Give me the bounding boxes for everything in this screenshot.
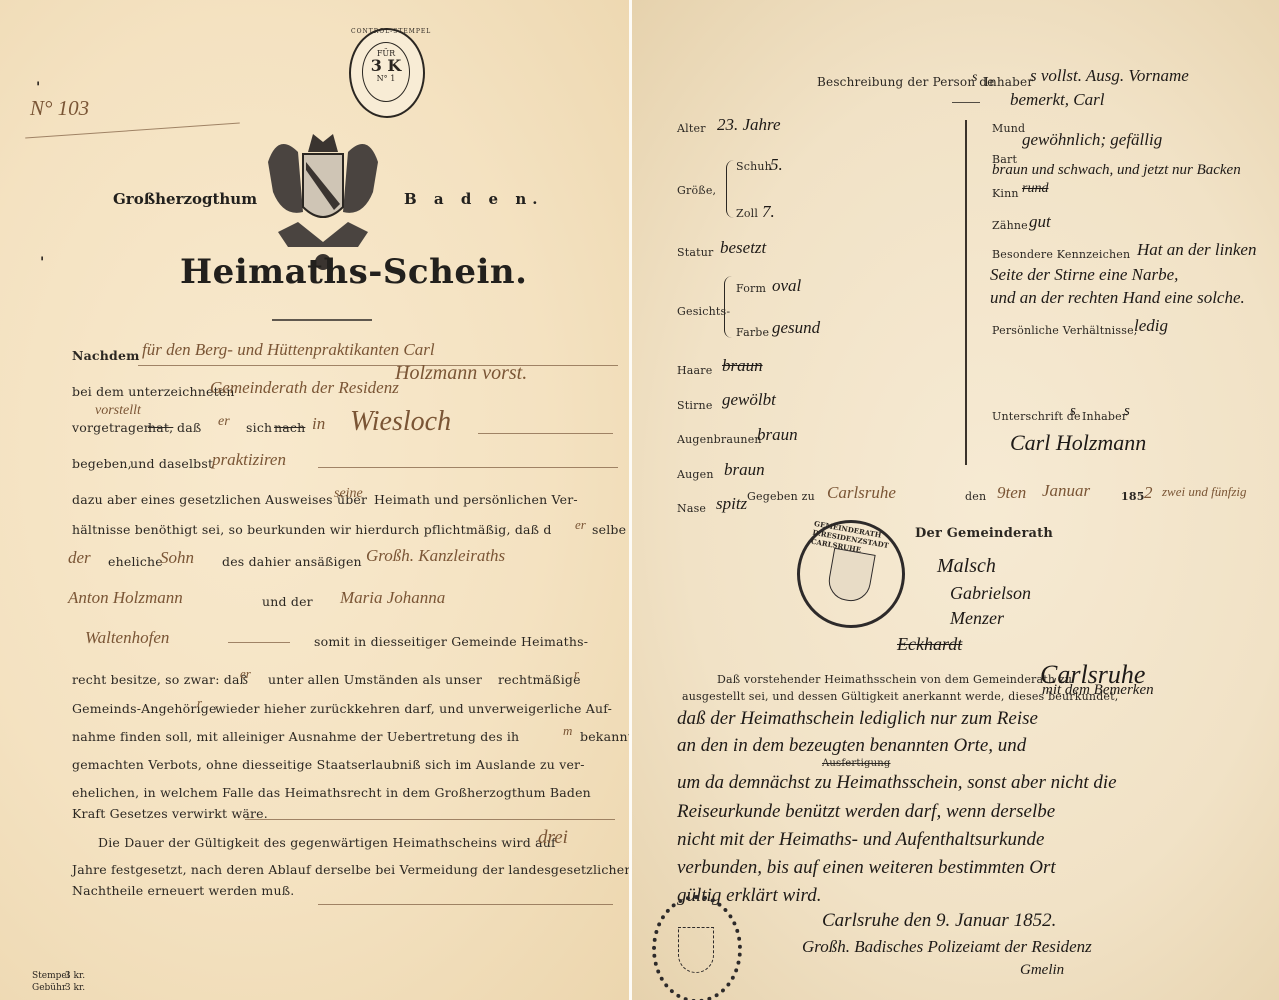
brace-groesse <box>726 160 735 218</box>
fee-value: 3 kr. <box>65 971 85 981</box>
hand-er3: er <box>240 666 251 682</box>
field-label-zoll: Zoll <box>736 207 758 220</box>
ink-mark: ' <box>40 255 44 271</box>
field-label-augen: Augen <box>677 468 714 481</box>
text-line6a: hältnisse benöthigt sei, so beurkunden w… <box>72 522 552 537</box>
hand-maria-johanna: Maria Johanna <box>340 588 445 608</box>
reference-underline <box>25 123 240 139</box>
document-title: Heimaths-Schein. <box>180 252 527 292</box>
field-value-stirne: gewölbt <box>722 390 776 410</box>
text-line13: gemachten Verbots, ohne diesseitige Staa… <box>72 757 585 772</box>
hand-r2: r <box>197 695 202 711</box>
signature-label-hand: s <box>1070 403 1076 420</box>
header-baden: B a d e n. <box>404 190 543 208</box>
cert-hand-line-3: um da demnächst zu Heimathsschein, sonst… <box>677 772 1117 794</box>
hand-m: m <box>563 723 572 739</box>
text-line9: somit in diesseitiger Gemeinde Heimaths- <box>314 634 588 649</box>
reference-number: N° 103 <box>30 96 89 121</box>
field-value-kinn: rund <box>1022 181 1048 197</box>
field-value-kennzeichen-1: Hat an der linken <box>1137 240 1256 260</box>
fill-line <box>478 433 613 434</box>
struck-nach: nach <box>274 420 305 435</box>
police-seal-icon <box>652 895 742 1000</box>
fill-line <box>138 365 618 366</box>
signature-label: Unterschrift de <box>992 410 1081 423</box>
holder-signature: Carl Holzmann <box>1010 430 1146 456</box>
heading-hand-s: s <box>972 70 977 86</box>
fee-value: 3 kr. <box>65 983 85 993</box>
field-label-alter: Alter <box>677 122 706 135</box>
hand-in: in <box>312 414 325 434</box>
text-validity-c: Nachtheile erneuert werden muß. <box>72 883 294 898</box>
fee-row-gebuehr: Gebühr 3 kr. <box>32 982 85 994</box>
council-seal-icon: GEMEINDERATH D.RESIDENZSTADT CARLSRUHE <box>788 511 913 636</box>
field-value-augen: braun <box>724 460 765 480</box>
text-line14: ehelichen, in welchem Falle das Heimaths… <box>72 785 591 800</box>
cert-print-a: Daß vorstehender Heimathsschein von dem … <box>717 673 1072 686</box>
issued-day: 9ten <box>997 483 1026 503</box>
text-bekannt: bekannt <box>580 729 629 744</box>
field-value-form: oval <box>772 276 801 296</box>
heading-hand-b: s vollst. Ausg. Vorname <box>1030 66 1189 86</box>
text-nachdem: Nachdem <box>72 348 140 363</box>
field-label-kinn: Kinn <box>992 187 1019 200</box>
issued-place: Carlsruhe <box>827 483 896 503</box>
field-value-statur: besetzt <box>720 238 766 258</box>
hand-sohn: Sohn <box>160 548 194 568</box>
cert-date-line: Carlsruhe den 9. Januar 1852. <box>822 910 1056 932</box>
field-value-alter: 23. Jahre <box>717 115 781 135</box>
field-value-kennzeichen-2: Seite der Stirne eine Narbe, <box>990 265 1178 285</box>
stamp-number: N° 1 <box>363 74 409 83</box>
cert-office-line: Großh. Badisches Polizeiamt der Residenz <box>802 937 1092 957</box>
hand-anton-holzmann: Anton Holzmann <box>68 588 183 608</box>
text-rechtmaessige: rechtmäßige <box>498 672 581 687</box>
brace-gesicht <box>724 276 733 338</box>
hand-line2-above: Holzmann vorst. <box>395 362 527 385</box>
field-value-farbe: gesund <box>772 318 820 338</box>
group-label-gesicht: Gesichts- <box>677 305 730 318</box>
text-und-daselbst: und daselbst <box>130 456 213 471</box>
stamp-amount: 3 K <box>363 58 409 74</box>
cert-hand-line-1: daß der Heimathschein lediglich nur zum … <box>677 708 1038 730</box>
left-page: N° 103 ' ' CONTROL-STEMPEL FÜR 3 K N° 1 … <box>0 0 629 1000</box>
issued-month: Januar <box>1042 481 1090 501</box>
field-label-statur: Statur <box>677 246 713 259</box>
heading-rule <box>952 102 980 103</box>
fill-line <box>245 819 615 820</box>
text-line10b: unter allen Umständen als unser <box>268 672 482 687</box>
text-line7b: des dahier ansäßigen <box>222 554 362 569</box>
text-selbe: selbe <box>592 522 626 537</box>
text-line5a: dazu aber eines gesetzlichen Ausweises ü… <box>72 492 367 507</box>
hand-der: der <box>68 548 91 568</box>
text-validity-b: Jahre festgesetzt, nach deren Ablauf der… <box>72 862 629 877</box>
ink-mark: ' <box>36 80 40 96</box>
cert-hand-line-5: nicht mit der Heimaths- und Aufenthaltsu… <box>677 829 1044 851</box>
field-label-kennzeichen: Besondere Kennzeichen <box>992 248 1130 261</box>
title-ornament <box>272 319 372 321</box>
hand-line2: Gemeinderath der Residenz <box>210 378 399 398</box>
cert-hand-line-6: verbunden, bis auf einen weiteren bestim… <box>677 857 1056 879</box>
field-label-stirne: Stirne <box>677 399 713 412</box>
hand-kanzleiraths: Großh. Kanzleiraths <box>366 546 505 566</box>
field-value-schuh: 5. <box>770 155 783 175</box>
field-label-zaehne: Zähne <box>992 219 1028 232</box>
field-value-bart: braun und schwach, und jetzt nur Backen <box>992 162 1241 179</box>
field-label-farbe: Farbe <box>736 326 769 339</box>
field-value-kennzeichen-3: und an der rechten Hand eine solche. <box>990 288 1245 308</box>
field-label-haare: Haare <box>677 364 712 377</box>
signature-label-hand-b: s <box>1124 403 1130 420</box>
hand-praktiziren: praktiziren <box>212 450 286 470</box>
right-page: Beschreibung der Person de s Inhaber s v… <box>632 0 1279 1000</box>
text-validity-a: Die Dauer der Gültigkeit des gegenwärtig… <box>98 835 556 850</box>
text-line12a: nahme finden soll, mit alleiniger Ausnah… <box>72 729 519 744</box>
text-line5b: Heimath und persönlichen Ver- <box>374 492 578 507</box>
fill-line <box>318 904 613 905</box>
field-label-nase: Nase <box>677 502 706 515</box>
heading-print: Beschreibung der Person de <box>817 75 994 89</box>
column-divider <box>965 120 967 465</box>
cert-hand-line-2: an den in dem bezeugten benannten Orte, … <box>677 735 1026 757</box>
field-label-schuh: Schuh <box>736 160 772 173</box>
hand-r: r <box>574 666 579 682</box>
field-value-nase: spitz <box>716 494 747 514</box>
council-signature-3: Menzer <box>950 608 1004 629</box>
issued-year-words: zwei und fünfzig <box>1162 484 1247 500</box>
field-label-form: Form <box>736 282 766 295</box>
text-line15: Kraft Gesetzes verwirkt wäre. <box>72 806 268 821</box>
council-signature-1: Malsch <box>937 555 996 578</box>
cert-final-signature: Gmelin <box>1020 962 1064 979</box>
text-line11a: Gemeinds-Angehörige <box>72 701 217 716</box>
fill-line <box>318 467 618 468</box>
cert-struck-text: Ausfertigung <box>822 758 891 769</box>
text-begeben: begeben, <box>72 456 132 471</box>
council-signature-4: Eckhardt <box>897 634 962 655</box>
group-label-groesse: Größe, <box>677 184 716 197</box>
issued-year-print: 185 <box>1121 490 1145 503</box>
heading-inhaber: Inhaber <box>984 75 1033 89</box>
field-value-verhaeltnisse: ledig <box>1134 316 1168 336</box>
fee-row-stempel: Stempel 3 kr. <box>32 970 85 982</box>
text-eheliche: eheliche <box>108 554 163 569</box>
field-label-verhaeltnisse: Persönliche Verhältnisse, <box>992 324 1138 337</box>
field-value-mund: gewöhnlich; gefällig <box>1022 130 1162 150</box>
council-title: Der Gemeinderath <box>915 526 1053 541</box>
struck-hat: hat, <box>148 420 173 435</box>
field-value-zaehne: gut <box>1029 212 1051 232</box>
control-stamp: CONTROL-STEMPEL FÜR 3 K N° 1 <box>349 28 425 118</box>
hand-seine: seine <box>334 486 363 502</box>
fees-block: Stempel 3 kr. Gebühr 3 kr. <box>32 970 85 994</box>
issued-print-a: Gegeben zu <box>747 490 815 503</box>
hand-line3-above: vorstellt <box>95 403 141 419</box>
fee-label: Stempel <box>32 970 62 982</box>
hand-drei: drei <box>538 827 568 849</box>
text-line10a: recht besitze, so zwar: daß <box>72 672 248 687</box>
text-dass: daß <box>177 420 201 435</box>
header-grossherzogthum: Großherzogthum <box>113 190 257 208</box>
hand-er2: er <box>575 517 586 533</box>
text-vorgetragen: vorgetragen <box>72 420 152 435</box>
stamp-ring-text: CONTROL-STEMPEL <box>351 28 423 35</box>
field-value-zoll: 7. <box>762 202 775 222</box>
field-label-mund: Mund <box>992 122 1025 135</box>
issued-year-hand: 2 <box>1144 483 1153 503</box>
cert-hand-line-4: Reiseurkunde benützt werden darf, wenn d… <box>677 801 1055 823</box>
heading-hand-c: bemerkt, Carl <box>1010 90 1104 110</box>
text-sich: sich <box>246 420 272 435</box>
hand-waltenhofen: Waltenhofen <box>85 628 169 648</box>
text-line11b: wieder hieher zurückkehren darf, und unv… <box>215 701 612 716</box>
field-value-augenbraunen: braun <box>757 425 798 445</box>
fill-line <box>228 642 290 643</box>
hand-place-wiesloch: Wiesloch <box>350 406 451 438</box>
hand-line1: für den Berg- und Hüttenpraktikanten Car… <box>142 340 435 360</box>
issued-den: den <box>965 490 986 503</box>
cert-hand-line-0: mit dem Bemerken <box>1042 682 1154 699</box>
field-value-haare: braun <box>722 356 763 376</box>
field-label-augenbraunen: Augenbraunen <box>677 433 762 446</box>
text-und-der: und der <box>262 594 313 609</box>
fee-label: Gebühr <box>32 982 62 994</box>
signature-label-inhaber: Inhaber <box>1082 410 1127 423</box>
council-signature-2: Gabrielson <box>950 583 1031 604</box>
hand-er: er <box>218 414 230 430</box>
